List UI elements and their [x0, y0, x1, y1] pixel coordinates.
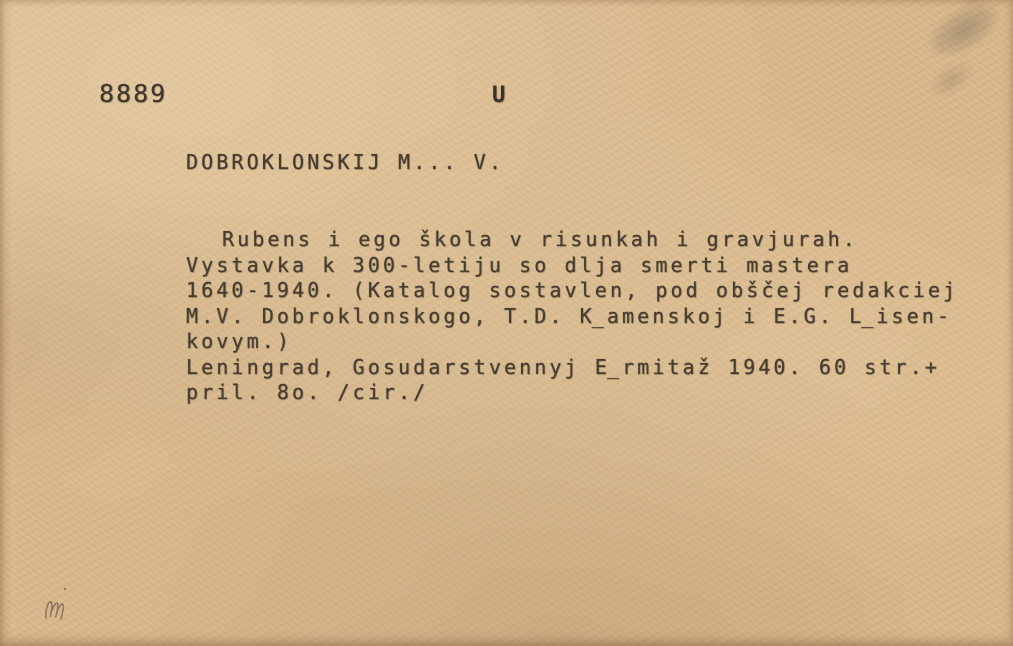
bibliographic-entry: Rubens i ego škola v risunkah i gravjura… — [186, 227, 986, 406]
entry-line: Vystavka k 300-letiju so dlja smerti mas… — [186, 253, 986, 279]
author-heading: DOBROKLONSKIJ M... V. — [186, 150, 504, 174]
section-letter: U — [492, 83, 505, 108]
smudge-stain — [846, 0, 1013, 141]
pencil-mark-m-icon — [38, 585, 82, 631]
entry-line: kovym.) — [186, 329, 986, 355]
entry-line: M.V. Dobroklonskogo, T.D. K̲amenskoj i E… — [186, 304, 986, 330]
entry-line: Rubens i ego škola v risunkah i gravjura… — [186, 227, 986, 253]
entry-line: Leningrad, Gosudarstvennyj E̲rmitaž 1940… — [186, 355, 986, 381]
entry-line: 1640-1940. (Katalog sostavlen, pod obšče… — [186, 278, 986, 304]
catalog-card-scan: 8889 U DOBROKLONSKIJ M... V. Rubens i eg… — [0, 0, 1013, 646]
entry-line: pril. 8o. /cir./ — [186, 380, 986, 406]
shelf-number: 8889 — [99, 79, 167, 108]
